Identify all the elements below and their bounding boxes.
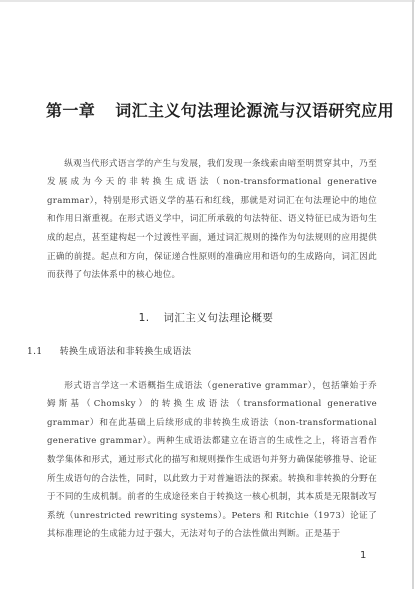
page-number: 1 (360, 550, 366, 561)
chapter-number: 第一章 (46, 101, 95, 120)
subsection-title-text: 转换生成语法和非转换生成语法 (60, 347, 192, 357)
section-number: 1. (139, 312, 150, 324)
subsection-number: 1.1 (27, 347, 43, 357)
chapter-heading: 第一章 词汇主义句法理论源流与汉语研究应用 (46, 98, 376, 121)
section-heading: 1. 词汇主义句法理论概要 (0, 310, 412, 325)
subsection-heading: 1.1 转换生成语法和非转换生成语法 (27, 344, 191, 357)
document-page: 第一章 词汇主义句法理论源流与汉语研究应用 纵观当代形式语言学的产生与发展，我们… (0, 0, 412, 589)
chapter-title-text: 词汇主义句法理论源流与汉语研究应用 (115, 101, 394, 120)
intro-paragraph: 纵观当代形式语言学的产生与发展，我们发现一条线索由暗至明贯穿其中，乃至发展成为今… (47, 155, 377, 285)
page-right-border (412, 0, 414, 589)
section-title-text: 词汇主义句法理论概要 (163, 312, 273, 324)
subsection-paragraph: 形式语言学这一术语概指生成语法（generative grammar），包括肇始… (47, 377, 377, 544)
